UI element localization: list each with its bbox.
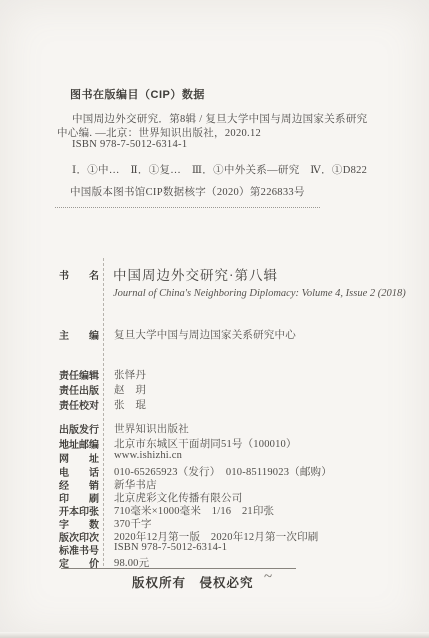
colophon-row-website: 网 址 www.ishizhi.cn (59, 450, 182, 465)
chief-editor-value: 复旦大学中国与周边国家关系研究中心 (114, 327, 296, 342)
row-label: 责任校对 (59, 397, 103, 412)
row-value: 张怿丹 (114, 367, 146, 382)
colophon-row-publisher-editor: 责任出版 赵 玥 (59, 382, 146, 397)
row-label: 责任出版 (59, 382, 103, 397)
colophon-row-publishing-house: 出版发行 世界知识出版社 (59, 421, 189, 436)
row-label: 地址邮编 (59, 436, 103, 451)
cip-isbn: ISBN 978-7-5012-6314-1 (72, 139, 187, 150)
copyright-notice: 版权所有 侵权必究 (132, 573, 254, 591)
row-label: 网 址 (59, 450, 103, 465)
colophon-row-proofreader: 责任校对 张 琨 (59, 397, 146, 412)
row-value: 赵 玥 (114, 382, 146, 397)
book-title-en: Journal of China's Neighboring Diplomacy… (113, 288, 406, 299)
row-value: www.ishizhi.cn (114, 450, 182, 461)
chief-editor-row: 主 编 复旦大学中国与周边国家关系研究中心 (59, 327, 296, 342)
book-title-cn: 中国周边外交研究·第八辑 (113, 264, 278, 284)
row-value: 世界知识出版社 (114, 421, 189, 436)
row-value: ISBN 978-7-5012-6314-1 (114, 542, 227, 553)
copyright-page: 图书在版编目（CIP）数据 中国周边外交研究．第8辑 / 复旦大学中国与周边国家… (0, 0, 429, 638)
row-label: 出版发行 (59, 421, 103, 436)
row-value: 张 琨 (114, 397, 146, 412)
row-label: 责任编辑 (59, 367, 103, 382)
cip-classification: Ⅰ．①中… Ⅱ．①复… Ⅲ．①中外关系—研究 Ⅳ．①D822 (72, 162, 367, 177)
row-value: 北京市东城区干面胡同51号（100010） (114, 436, 297, 451)
colophon-row-address: 地址邮编 北京市东城区干面胡同51号（100010） (59, 436, 297, 451)
dotted-divider (55, 207, 320, 208)
cip-record-number: 中国版本图书馆CIP数据核字（2020）第226833号 (70, 184, 305, 199)
pen-tilde-mark: ~ (264, 569, 272, 586)
cip-description-line1: 中国周边外交研究．第8辑 / 复旦大学中国与周边国家关系研究 (72, 111, 367, 126)
cip-heading: 图书在版编目（CIP）数据 (70, 86, 205, 102)
colophon-row-editor: 责任编辑 张怿丹 (59, 367, 146, 382)
book-title-label: 书 名 (59, 267, 103, 282)
cip-description-line2: 中心编. —北京：世界知识出版社，2020.12 (57, 125, 261, 140)
chief-editor-label: 主 编 (59, 327, 103, 342)
scan-edge-shadow (0, 632, 429, 638)
footer-divider (61, 568, 296, 569)
